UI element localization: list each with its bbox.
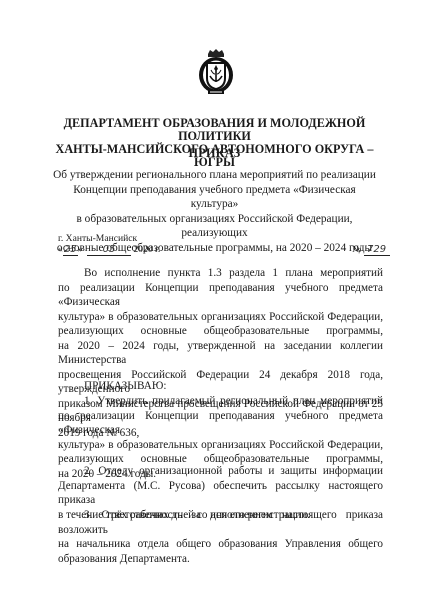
date-month: 05 xyxy=(87,244,131,256)
coat-of-arms-icon xyxy=(197,48,235,96)
text-line: Департамента (М.С. Русова) обеспечить ра… xyxy=(58,479,383,508)
order-number: № 729 xyxy=(352,244,390,256)
date-close-quote: » xyxy=(78,244,83,255)
department-name: ДЕПАРТАМЕНТ ОБРАЗОВАНИЯ И МОЛОДЕЖНОЙ ПОЛ… xyxy=(40,117,389,169)
document-type: ПРИКАЗ xyxy=(40,147,389,160)
order-directive-heading: ПРИКАЗЫВАЮ: xyxy=(84,379,166,394)
text-line: по реализации Концепции преподавания уче… xyxy=(58,409,383,438)
department-line-1: ДЕПАРТАМЕНТ ОБРАЗОВАНИЯ И МОЛОДЕЖНОЙ ПОЛ… xyxy=(40,117,389,143)
text-line: культура» в образовательных организациях… xyxy=(58,438,383,453)
subject-line: Об утверждении регионального плана мероп… xyxy=(52,168,377,183)
number-label: № xyxy=(352,244,361,255)
text-line: Во исполнение пункта 1.3 раздела 1 плана… xyxy=(58,266,383,281)
subject-line: Концепции преподавания учебного предмета… xyxy=(52,183,377,212)
text-line: по реализации Концепции преподавания уче… xyxy=(58,281,383,310)
text-line: 1. Утвердить прилагаемый региональный пл… xyxy=(58,394,383,409)
order-date: «25» 05 2020 г. xyxy=(58,244,160,256)
text-line: культура» в образовательных организациях… xyxy=(58,310,383,325)
text-line: реализующих основные общеобразовательные… xyxy=(58,324,383,339)
order-item-3: 3. Ответственность за исполнением настоя… xyxy=(58,508,383,566)
number-value: 729 xyxy=(364,244,390,256)
date-day: 25 xyxy=(63,244,78,256)
document-page: ДЕПАРТАМЕНТ ОБРАЗОВАНИЯ И МОЛОДЕЖНОЙ ПОЛ… xyxy=(0,0,429,600)
date-year: 2020 г. xyxy=(133,244,160,255)
place-of-issue: г. Ханты-Мансийск xyxy=(58,233,137,244)
text-line: 3. Ответственность за исполнением настоя… xyxy=(58,508,383,537)
text-line: на 2020 – 2024 годы, утвержденной на зас… xyxy=(58,339,383,368)
text-line: 2. Отделу организационной работы и защит… xyxy=(58,464,383,479)
text-line: образования Департамента. xyxy=(58,552,383,567)
text-line: на начальника отдела общего образования … xyxy=(58,537,383,552)
